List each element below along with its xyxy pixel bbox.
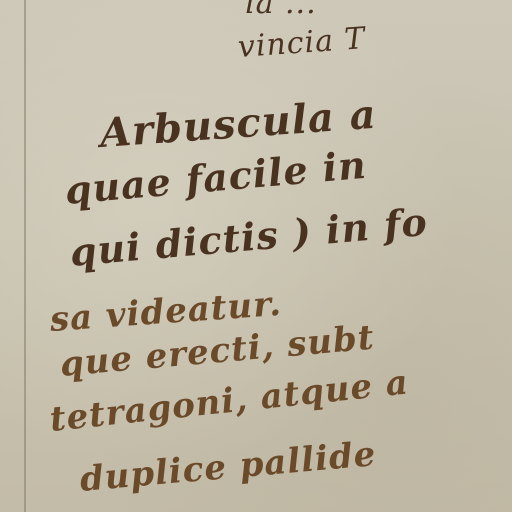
margin-rule [24, 0, 26, 512]
manuscript-line: ia ... [245, 0, 317, 21]
